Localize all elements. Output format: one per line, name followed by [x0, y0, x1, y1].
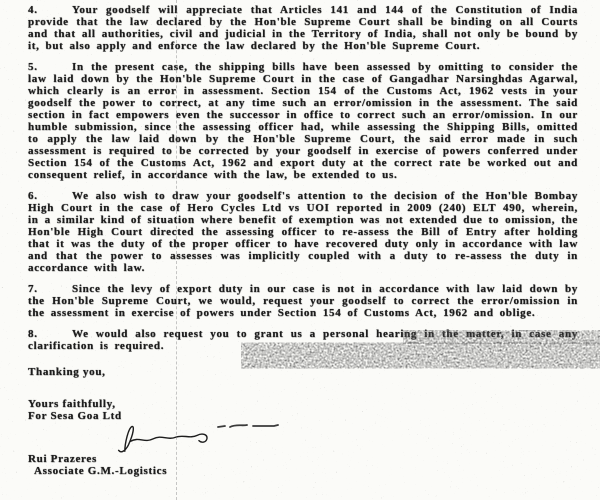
- page-fold-line: [176, 0, 177, 500]
- valediction-line: Yours faithfully,: [28, 398, 578, 410]
- paragraph-text: We also wish to draw your goodself's att…: [28, 190, 578, 274]
- pen-scribble-mark: [216, 419, 286, 431]
- signatory-title: Associate G.M.-Logistics: [34, 465, 578, 477]
- paragraph-8: 8.We would also request you to grant us …: [28, 328, 578, 352]
- paragraph-text: Your goodself will appreciate that Artic…: [28, 4, 578, 52]
- paragraph-text: We would also request you to grant us a …: [28, 328, 578, 352]
- paragraph-text: Since the levy of export duty in our cas…: [28, 283, 578, 319]
- paragraph-7: 7.Since the levy of export duty in our c…: [28, 283, 578, 319]
- paragraph-number: 4.: [28, 4, 72, 16]
- signatory-name: Rui Prazeres: [28, 453, 578, 465]
- paragraph-4: 4.Your goodself will appreciate that Art…: [28, 4, 578, 52]
- signature: [86, 423, 236, 453]
- paragraph-number: 7.: [28, 283, 72, 295]
- paragraph-5: 5.In the present case, the shipping bill…: [28, 61, 578, 181]
- thanking-line: Thanking you,: [28, 366, 578, 378]
- paragraph-6: 6.We also wish to draw your goodself's a…: [28, 190, 578, 274]
- paragraph-number: 6.: [28, 190, 72, 202]
- scanned-letter-page: 4.Your goodself will appreciate that Art…: [0, 0, 600, 500]
- letter-body: 4.Your goodself will appreciate that Art…: [28, 4, 578, 477]
- paragraph-number: 8.: [28, 328, 72, 340]
- company-line: For Sesa Goa Ltd: [28, 410, 578, 422]
- paragraph-text: In the present case, the shipping bills …: [28, 61, 578, 181]
- paragraph-number: 5.: [28, 61, 72, 73]
